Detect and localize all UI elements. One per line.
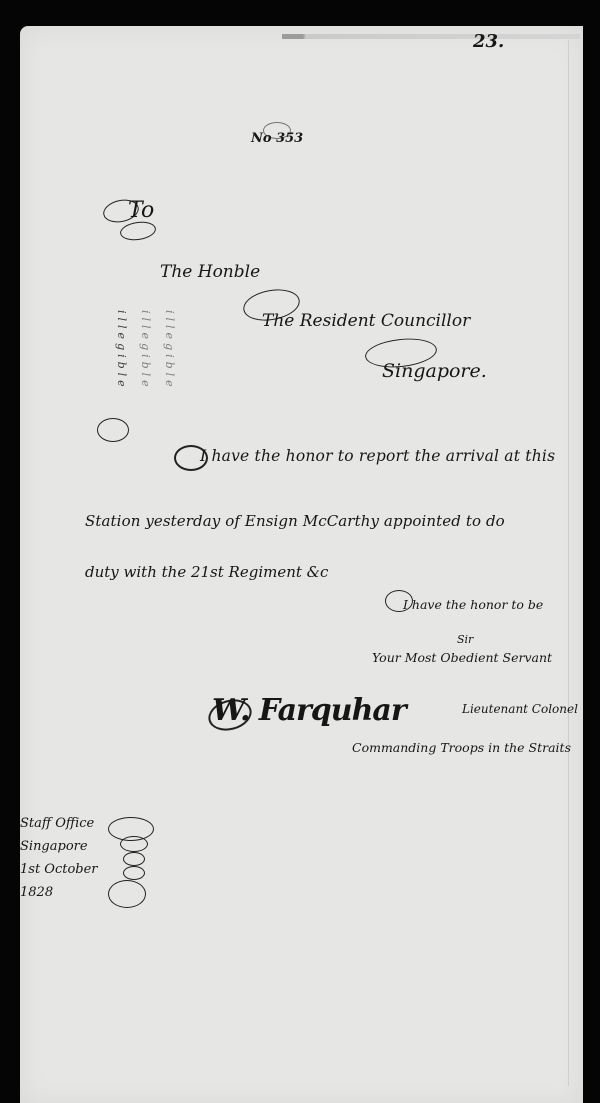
folio-number: 23. [473, 31, 504, 52]
marginal-annotation: illegible [115, 310, 128, 391]
addressee-line-2: The Resident Councillor [262, 311, 470, 331]
dateline-office: Staff Office [20, 816, 94, 831]
signature-command: Commanding Troops in the Straits [352, 740, 571, 755]
page-top-edge [282, 34, 580, 39]
letter-body-line-2: Station yesterday of Ensign McCarthy app… [85, 512, 505, 530]
signature: W. Farquhar [212, 693, 406, 728]
dateline-flourish-coil [123, 852, 145, 866]
dateline-flourish-coil [123, 866, 145, 880]
salutation-to: To [128, 198, 154, 223]
addressee-line-3: Singapore. [382, 360, 487, 382]
marginal-vertical-annotations: illegible illegible illegible [115, 310, 185, 510]
page-right-fold [568, 40, 569, 1086]
document-number: No 353 [251, 131, 303, 146]
dateline-flourish-bottom [108, 880, 146, 908]
closing-sir: Sir [457, 633, 473, 646]
margin-flourish [97, 418, 129, 442]
closing-line-1: I have the honor to be [403, 597, 543, 612]
addressee-line-1: The Honble [160, 262, 260, 282]
letter-body-line-1: I have the honor to report the arrival a… [200, 447, 555, 465]
closing-line-2: Your Most Obedient Servant [372, 650, 552, 665]
letter-body-line-3: duty with the 21st Regiment &c [85, 563, 328, 581]
dateline-flourish-coil [120, 836, 148, 852]
signature-rank: Lieutenant Colonel [462, 702, 578, 716]
marginal-annotation: illegible [139, 310, 152, 391]
dateline-date: 1st October 1828 [20, 862, 98, 900]
dateline-place: Singapore [20, 839, 88, 854]
marginal-annotation: illegible [163, 310, 176, 391]
